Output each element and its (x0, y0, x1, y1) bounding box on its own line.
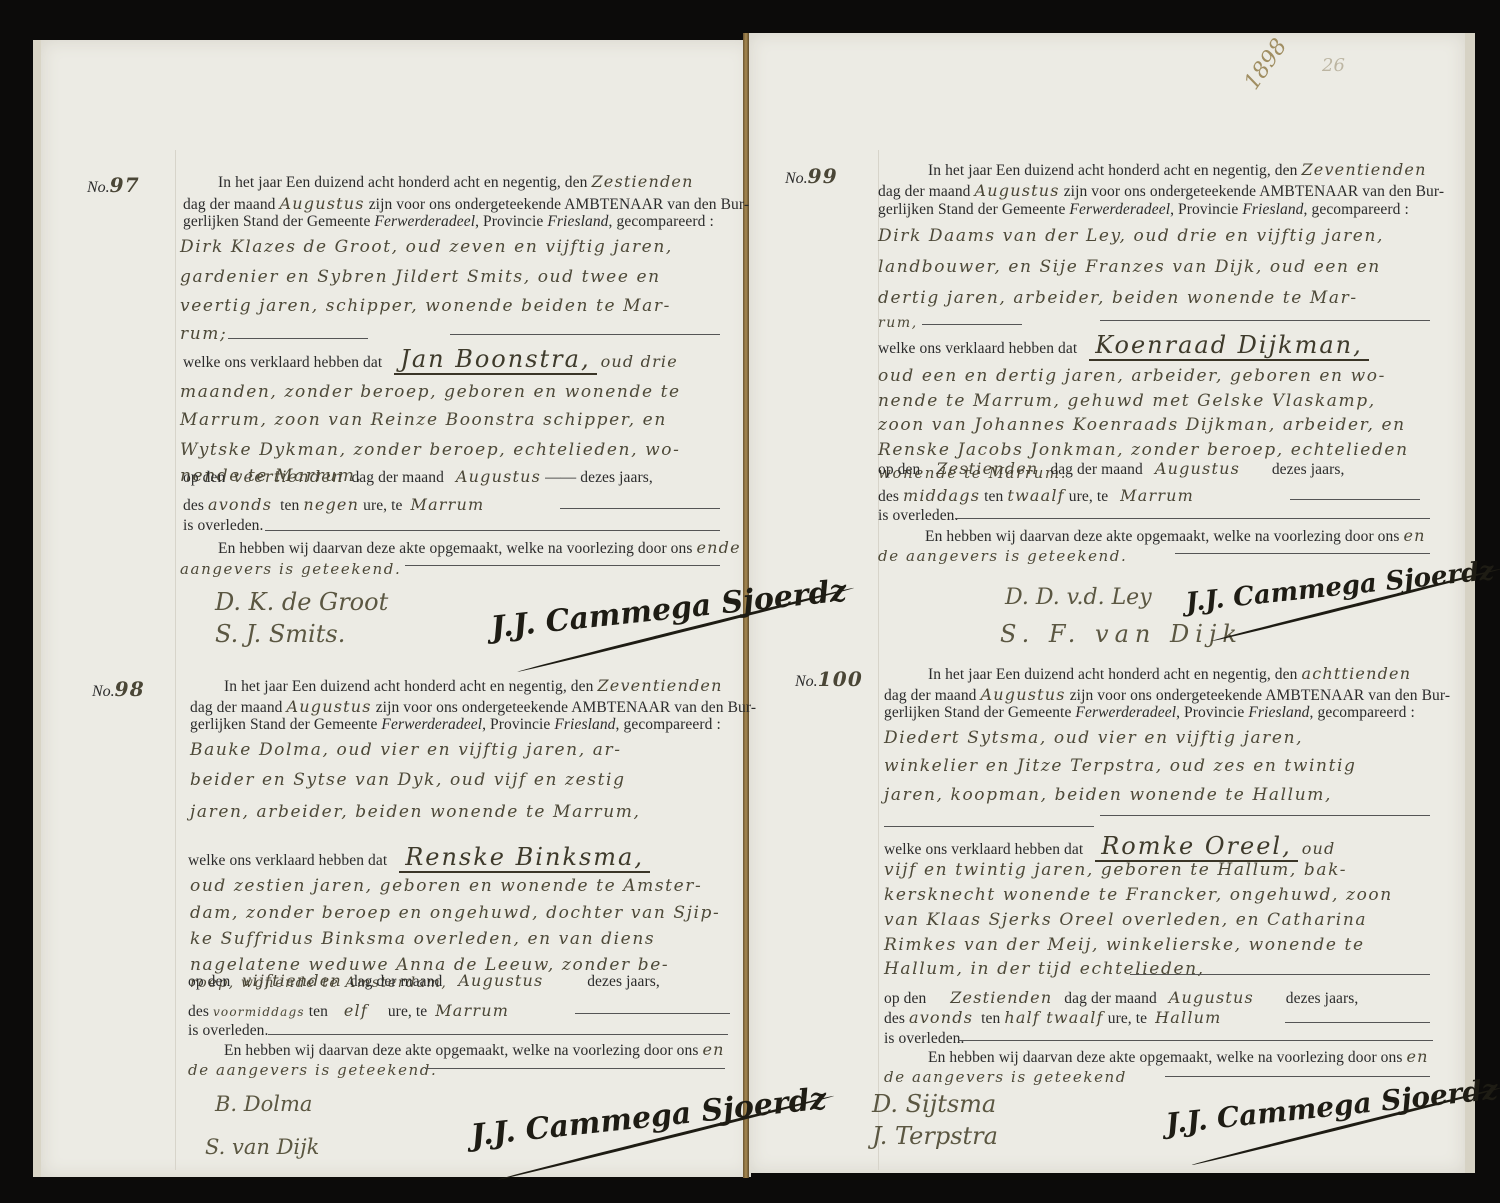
witness-signature: S. van Dijk (205, 1135, 319, 1159)
time-place-line: des avonds ten negen ure, te Marrum (183, 495, 484, 515)
witness-signature: J. Terpstra (872, 1122, 998, 1150)
fill-line (228, 338, 368, 339)
time-place-line: des avonds ten half twaalf ure, te Hallu… (884, 1008, 1222, 1028)
intro-line-2: dag der maand Augustus zijn voor ons ond… (183, 194, 749, 214)
witness-signature: B. Dolma (215, 1092, 312, 1116)
witnesses-line: rum; (180, 324, 227, 344)
fill-line (405, 565, 720, 566)
witnesses-line: beider en Sytse van Dyk, oud vijf en zes… (190, 770, 626, 790)
intro-line-1: In het jaar Een duizend acht honderd ach… (218, 172, 694, 192)
declared-line: welke ons verklaard hebben dat Romke Ore… (884, 832, 1335, 860)
intro-line-3: gerlijken Stand der Gemeente Ferwerderad… (878, 201, 1409, 219)
folio-number: 26 (1322, 55, 1345, 76)
intro-line-1: In het jaar Een duizend acht honderd ach… (224, 676, 723, 696)
details-line: Hallum, in der tijd echtelieden, (884, 959, 1205, 979)
intro-line-3: gerlijken Stand der Gemeente Ferwerderad… (190, 716, 721, 734)
fill-line (1285, 1022, 1430, 1023)
fill-line (955, 518, 1430, 519)
details-line: oud een en dertig jaren, arbeider, gebor… (878, 366, 1386, 386)
intro-line-2: dag der maand Augustus zijn voor ons ond… (878, 181, 1444, 201)
details-line: Renske Jacobs Jonkman, zonder beroep, ec… (878, 440, 1409, 460)
deceased-name: Renske Binksma, (399, 843, 650, 873)
time-place-line: des voormiddags ten elf ure, te Marrum (188, 1001, 509, 1021)
fill-line (265, 530, 720, 531)
witnesses-line: Bauke Dolma, oud vier en vijftig jaren, … (190, 740, 622, 760)
details-line: dam, zonder beroep en ongehuwd, dochter … (190, 903, 720, 923)
overleden-line: is overleden. (183, 517, 264, 535)
details-line: nende te Marrum, gehuwd met Gelske Vlask… (878, 391, 1376, 411)
margin-rule-left (175, 150, 176, 1170)
witnesses-line: jaren, arbeider, beiden wonende te Marru… (190, 802, 641, 822)
overleden-line: is overleden. (188, 1022, 269, 1040)
witness-signature: D. K. de Groot (215, 588, 388, 616)
witnesses-line: Dirk Daams van der Ley, oud drie en vijf… (878, 226, 1384, 246)
op-den-line: op den veertienden dag der maand Augustu… (183, 467, 653, 487)
act-number: No.100 (795, 667, 863, 691)
closing-line: En hebben wij daarvan deze akte opgemaak… (928, 1047, 1429, 1067)
details-line: Rimkes van der Meij, winkelierske, wonen… (884, 935, 1365, 955)
witness-signature: D. Sijtsma (872, 1090, 996, 1118)
fill-line (1100, 320, 1430, 321)
overleden-line: is overleden. (878, 507, 959, 525)
declared-line: welke ons verklaard hebben dat Renske Bi… (188, 843, 650, 871)
fill-line (450, 334, 720, 335)
fill-line (425, 1068, 725, 1069)
fill-line (884, 826, 1094, 827)
fill-line (1130, 974, 1430, 975)
witnesses-line: winkelier en Jitze Terpstra, oud zes en … (884, 756, 1357, 776)
details-line: oud zestien jaren, geboren en wonende te… (190, 876, 702, 896)
intro-line-1: In het jaar Een duizend acht honderd ach… (928, 664, 1411, 684)
witnesses-line: rum, (878, 315, 918, 331)
witness-signature: S. J. Smits. (215, 620, 345, 648)
fill-line (560, 508, 720, 509)
details-line: zoon van Johannes Koenraads Dijkman, arb… (878, 415, 1406, 435)
fill-line (268, 1034, 728, 1035)
closing-line: En hebben wij daarvan deze akte opgemaak… (224, 1040, 725, 1060)
witnesses-line: gardenier en Sybren Jildert Smits, oud t… (180, 267, 661, 287)
act-number: No.99 (785, 164, 838, 188)
op-den-row: op den Zestienden dag der maand Augustus… (884, 988, 1358, 1008)
closing-hw: de aangevers is geteekend. (878, 547, 1127, 565)
act-number: No.97 (87, 173, 140, 197)
deceased-name: Koenraad Dijkman, (1089, 331, 1369, 361)
witnesses-line: Dirk Klazes de Groot, oud zeven en vijft… (180, 237, 673, 257)
fill-line (1175, 553, 1430, 554)
declared-line: welke ons verklaard hebben dat Jan Boons… (183, 345, 678, 373)
details-line: vijf en twintig jaren, geboren te Hallum… (884, 860, 1347, 880)
witness-signature: S. F. van Dijk (1000, 620, 1243, 648)
intro-line-1: In het jaar Een duizend acht honderd ach… (928, 160, 1427, 180)
closing-line: En hebben wij daarvan deze akte opgemaak… (925, 526, 1426, 546)
witnesses-line: dertig jaren, arbeider, beiden wonende t… (878, 288, 1358, 308)
fill-line (575, 1013, 730, 1014)
closing-hw: aangevers is geteekend. (180, 560, 401, 578)
fill-line (1290, 499, 1420, 500)
closing-hw: de aangevers is geteekend (884, 1068, 1127, 1086)
details-line: Wytske Dykman, zonder beroep, echteliede… (180, 440, 680, 460)
overleden-line: is overleden. (884, 1030, 965, 1048)
closing-hw: de aangevers is geteekend. (188, 1061, 437, 1079)
details-line: ke Suffridus Binksma overleden, en van d… (190, 929, 655, 949)
op-den-row: op den vijftienden dag der maand Augustu… (188, 971, 660, 991)
witness-signature: D. D. v.d. Ley (1005, 585, 1152, 610)
op-den-row: op den Zestienden dag der maand Augustus… (878, 459, 1344, 479)
fill-line (1165, 1076, 1430, 1077)
closing-line: En hebben wij daarvan deze akte opgemaak… (218, 538, 741, 558)
intro-line-3: gerlijken Stand der Gemeente Ferwerderad… (183, 213, 714, 231)
witnesses-line: Diedert Sytsma, oud vier en vijftig jare… (884, 728, 1303, 748)
intro-line-3: gerlijken Stand der Gemeente Ferwerderad… (884, 704, 1415, 722)
details-line: maanden, zonder beroep, geboren en wonen… (180, 382, 681, 402)
deceased-name: Romke Oreel, (1095, 832, 1298, 862)
intro-line-2: dag der maand Augustus zijn voor ons ond… (190, 697, 756, 717)
fill-line (958, 1040, 1433, 1041)
time-place-line: des middags ten twaalf ure, te Marrum (878, 486, 1194, 506)
witnesses-line: jaren, koopman, beiden wonende te Hallum… (884, 785, 1332, 805)
declared-line: welke ons verklaard hebben dat Koenraad … (878, 331, 1369, 359)
witnesses-line: veertig jaren, schipper, wonende beiden … (180, 296, 671, 316)
fill-line (922, 324, 1022, 325)
deceased-name: Jan Boonstra, (394, 345, 596, 375)
intro-line-2: dag der maand Augustus zijn voor ons ond… (884, 685, 1450, 705)
details-line: kersknecht wonende te Francker, ongehuwd… (884, 885, 1393, 905)
witnesses-line: landbouwer, en Sije Franzes van Dijk, ou… (878, 257, 1381, 277)
details-line: Marrum, zoon van Reinze Boonstra schippe… (180, 410, 667, 430)
details-line: van Klaas Sjerks Oreel overleden, en Cat… (884, 910, 1367, 930)
act-number: No.98 (92, 677, 145, 701)
fill-line (1100, 815, 1430, 816)
